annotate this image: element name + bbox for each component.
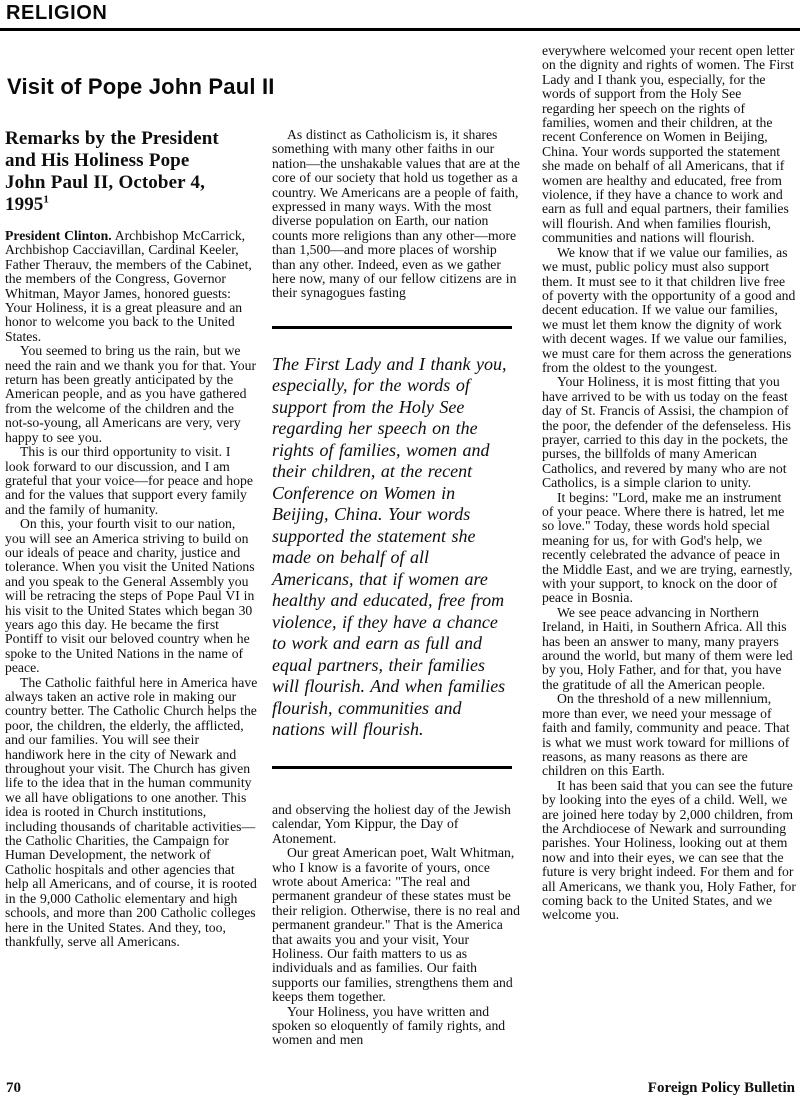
- paragraph: As distinct as Catholicism is, it shares…: [272, 128, 520, 301]
- article-title: Visit of Pope John Paul II: [7, 74, 275, 100]
- paragraph: The Catholic faithful here in America ha…: [5, 676, 258, 950]
- paragraph: On this, your fourth visit to our nation…: [5, 517, 258, 675]
- subheading-year: 1995: [5, 194, 43, 215]
- paragraph: On the threshold of a new millennium, mo…: [542, 692, 796, 778]
- paragraph: Your Holiness, you have written and spok…: [272, 1005, 520, 1048]
- paragraph-text: Archbishop McCarrick, Archbishop Cacciav…: [5, 228, 252, 344]
- paragraph: This is our third opportunity to visit. …: [5, 445, 258, 517]
- pull-quote-bottom-rule: [272, 766, 512, 769]
- column-3: everywhere welcomed your recent open let…: [542, 44, 796, 923]
- subheading-line: 19951: [5, 194, 258, 216]
- paragraph: and observing the holiest day of the Jew…: [272, 803, 520, 846]
- magazine-page: RELIGION Visit of Pope John Paul II Rema…: [0, 0, 800, 1104]
- paragraph: It begins: "Lord, make me an instrument …: [542, 491, 796, 606]
- paragraph: It has been said that you can see the fu…: [542, 779, 796, 923]
- subheading-line: John Paul II, October 4,: [5, 172, 258, 194]
- footnote-reference: 1: [43, 194, 49, 206]
- subheading-line: Remarks by the President: [5, 128, 258, 150]
- paragraph: everywhere welcomed your recent open let…: [542, 44, 796, 246]
- paragraph: You seemed to bring us the rain, but we …: [5, 344, 258, 445]
- subheading-line: and His Holiness Pope: [5, 150, 258, 172]
- pull-quote: The First Lady and I thank you, especial…: [272, 354, 514, 741]
- paragraph: We see peace advancing in Northern Irela…: [542, 606, 796, 692]
- pull-quote-top-rule: [272, 326, 512, 329]
- article-subheading: Remarks by the President and His Holines…: [5, 128, 258, 216]
- column-1: Remarks by the President and His Holines…: [5, 128, 258, 949]
- speaker-name: President Clinton.: [5, 228, 112, 243]
- page-number: 70: [6, 1080, 21, 1097]
- paragraph: We know that if we value our families, a…: [542, 246, 796, 376]
- masthead-rule: [0, 28, 800, 31]
- section-label: RELIGION: [6, 2, 107, 25]
- paragraph: President Clinton. Archbishop McCarrick,…: [5, 229, 258, 344]
- paragraph: Our great American poet, Walt Whitman, w…: [272, 846, 520, 1004]
- paragraph: Your Holiness, it is most fitting that y…: [542, 375, 796, 490]
- publication-name: Foreign Policy Bulletin: [648, 1080, 795, 1097]
- column-2: As distinct as Catholicism is, it shares…: [272, 128, 520, 1048]
